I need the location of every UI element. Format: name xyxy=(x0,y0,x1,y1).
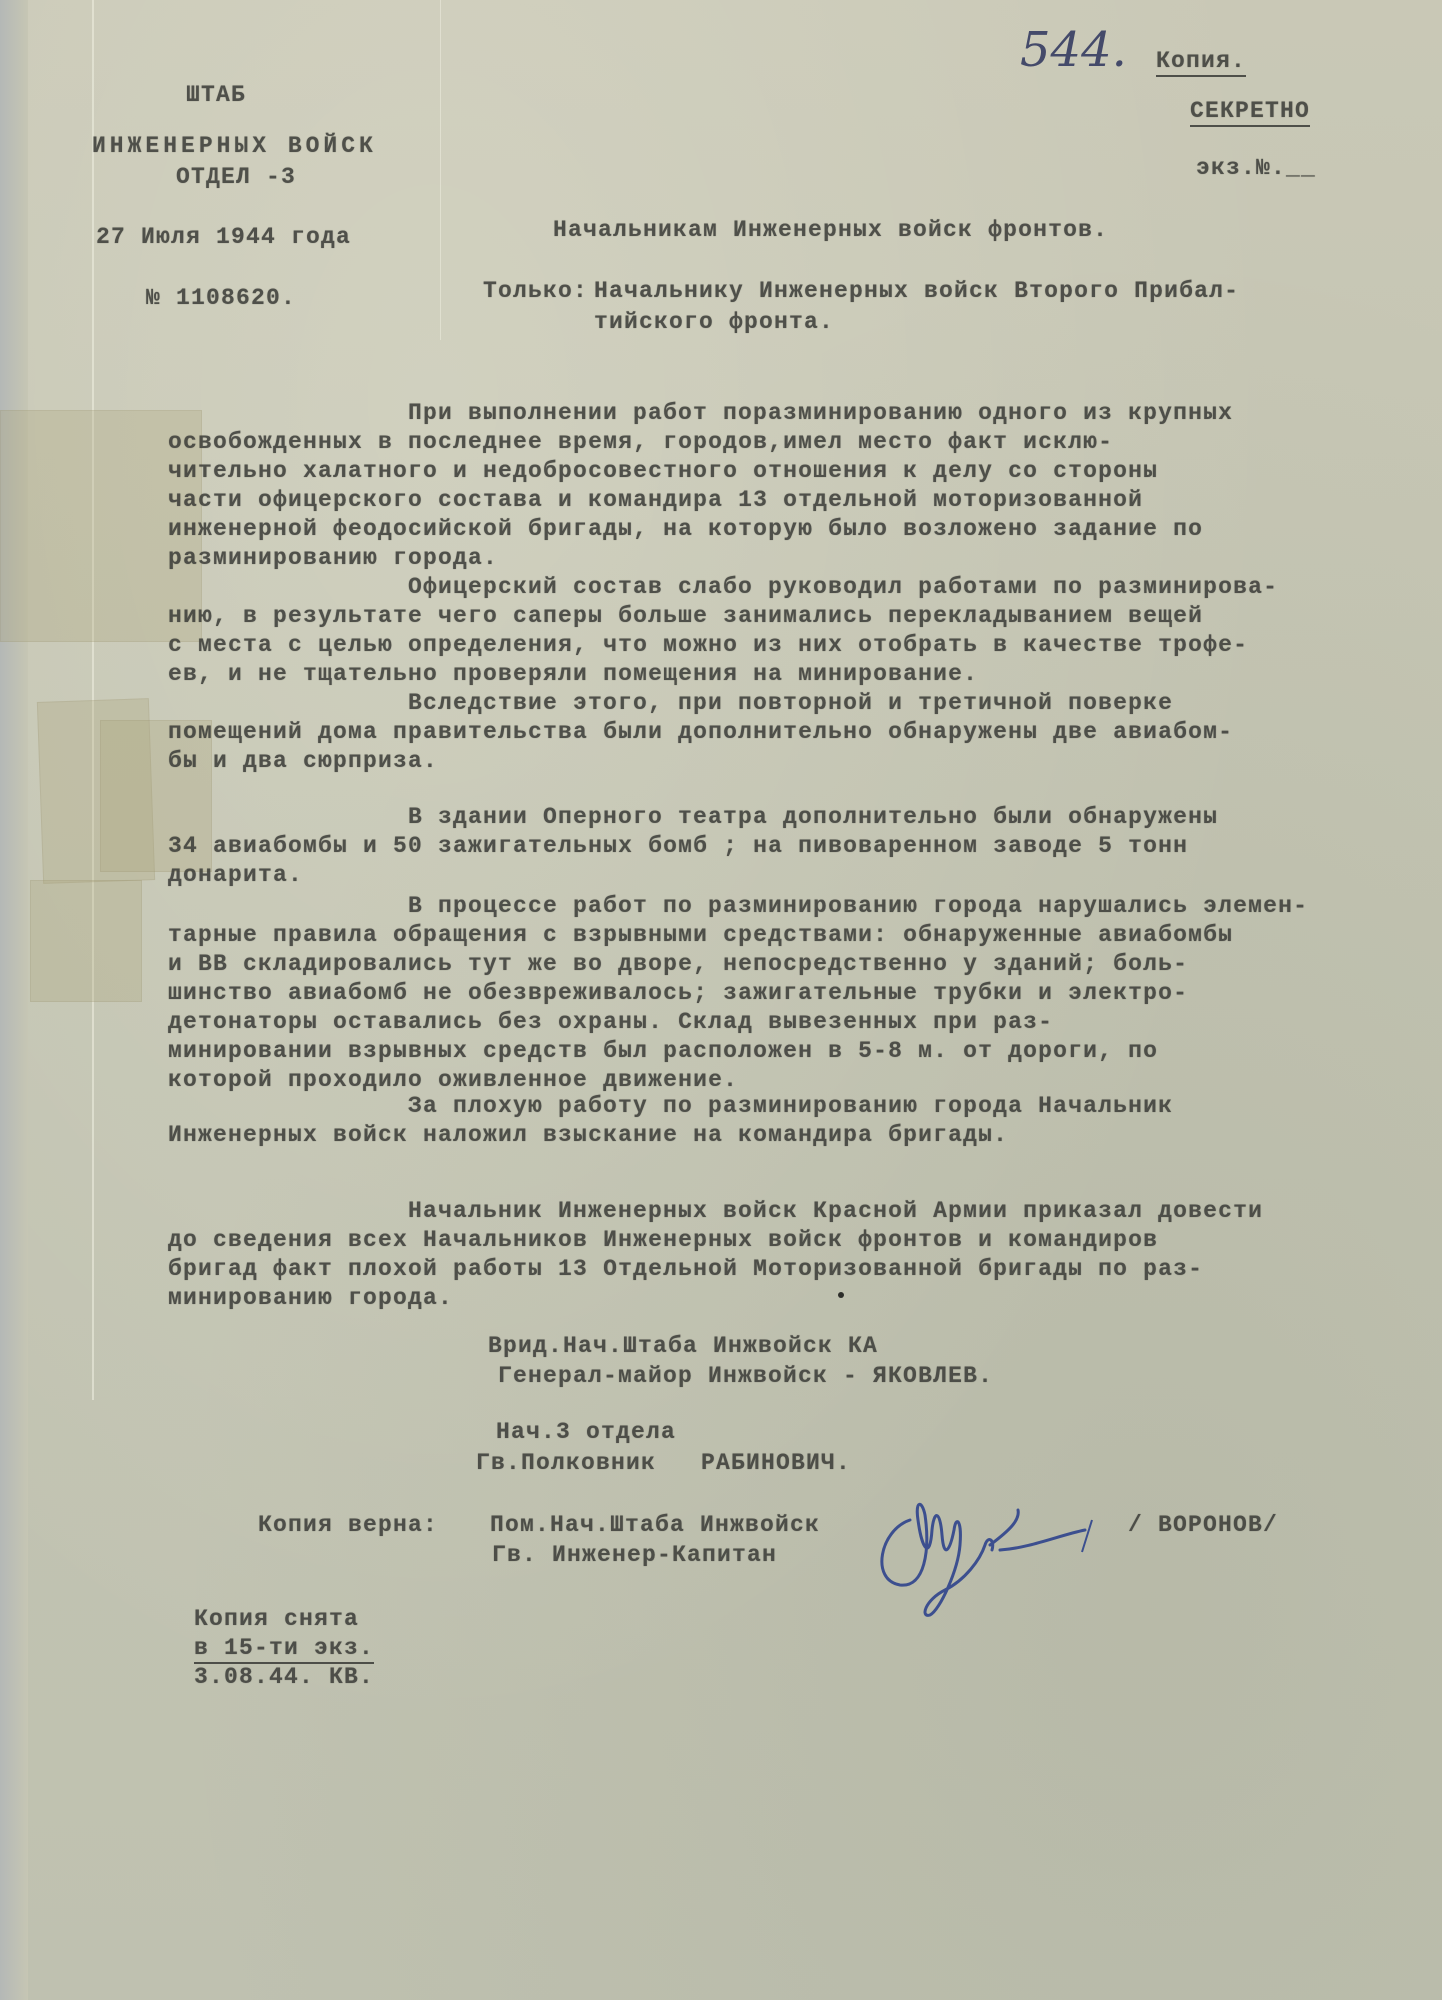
body-line: минировании взрывных средств был располо… xyxy=(168,1038,1158,1064)
body-line: и ВВ складировались тут же во дворе, неп… xyxy=(168,951,1188,977)
body-line: инженерной феодосийской бригады, на кото… xyxy=(168,516,1203,542)
body-line-row: шинство авиабомб не обезвреживалось; заж… xyxy=(168,980,1428,1009)
body-line-row: Начальник Инженерных войск Красной Армии… xyxy=(168,1198,1428,1227)
body-line: минированию города. xyxy=(168,1285,453,1311)
body-line: нию, в результате чего саперы больше зан… xyxy=(168,603,1203,629)
document-date: 27 Июля 1944 года xyxy=(96,224,351,250)
body-line: В здании Оперного театра дополнительно б… xyxy=(408,804,1218,830)
body-line-row: минировании взрывных средств был располо… xyxy=(168,1038,1428,1067)
body-line-row: помещений дома правительства были дополн… xyxy=(168,719,1428,748)
body-line: При выполнении работ поразминированию од… xyxy=(408,400,1233,426)
body-line: донарита. xyxy=(168,862,303,888)
body-line: до сведения всех Начальников Инженерных … xyxy=(168,1227,1158,1253)
body-paragraph: В процессе работ по разминированию город… xyxy=(168,893,1428,1096)
body-paragraph: Офицерский состав слабо руководил работа… xyxy=(168,574,1428,690)
copy-label: Копия. xyxy=(1156,48,1246,77)
secret-classification: СЕКРЕТНО xyxy=(1190,98,1310,127)
org-headquarters: ШТАБ xyxy=(186,82,246,108)
copy-certified-label: Копия верна: xyxy=(258,1512,438,1538)
body-line-row: детонаторы оставались без охраны. Склад … xyxy=(168,1009,1428,1038)
body-paragraph: За плохую работу по разминированию город… xyxy=(168,1093,1428,1151)
body-line-row: освобожденных в последнее время, городов… xyxy=(168,429,1428,458)
body-line: разминированию города. xyxy=(168,545,498,571)
body-line-row: части офицерского состава и командира 13… xyxy=(168,487,1428,516)
document-number: № 1108620. xyxy=(146,285,296,311)
body-line: детонаторы оставались без охраны. Склад … xyxy=(168,1009,1053,1035)
body-line-row: с места с целью определения, что можно и… xyxy=(168,632,1428,661)
body-line-row: донарита. xyxy=(168,862,1428,891)
addressee-only-label: Только: xyxy=(483,278,588,304)
body-line-row: минированию города. xyxy=(168,1285,1428,1314)
body-line-row: бы и два сюрприза. xyxy=(168,748,1428,777)
body-line-row: Офицерский состав слабо руководил работа… xyxy=(168,574,1428,603)
page-edge xyxy=(0,0,28,2000)
body-line-row: разминированию города. xyxy=(168,545,1428,574)
addressee-main: Начальникам Инженерных войск фронтов. xyxy=(553,217,1108,243)
body-line: бы и два сюрприза. xyxy=(168,748,438,774)
org-engineering-troops: ИНЖЕНЕРНЫХ ВОЙСК xyxy=(92,133,377,159)
body-line: Начальник Инженерных войск Красной Армии… xyxy=(408,1198,1263,1224)
handwritten-signature xyxy=(870,1490,1100,1620)
certifier-position: Пом.Нач.Штаба Инжвойск xyxy=(490,1512,820,1538)
body-line: Вследствие этого, при повторной и третич… xyxy=(408,690,1173,716)
body-line: 34 авиабомбы и 50 зажигательных бомб ; н… xyxy=(168,833,1188,859)
body-line: помещений дома правительства были дополн… xyxy=(168,719,1233,745)
body-line: В процессе работ по разминированию город… xyxy=(408,893,1308,919)
handwritten-archive-number: 544. xyxy=(1020,22,1127,78)
body-line: Офицерский состав слабо руководил работа… xyxy=(408,574,1278,600)
body-paragraph: При выполнении работ поразминированию од… xyxy=(168,400,1428,574)
body-line-row: Вследствие этого, при повторной и третич… xyxy=(168,690,1428,719)
certifier-rank: Гв. Инженер-Капитан xyxy=(492,1542,777,1568)
body-line: шинство авиабомб не обезвреживалось; заж… xyxy=(168,980,1188,1006)
body-line: с места с целью определения, что можно и… xyxy=(168,632,1248,658)
signatory-1-position: Врид.Нач.Штаба Инжвойск КА xyxy=(488,1333,878,1359)
body-line-row: ев, и не тщательно проверяли помещения н… xyxy=(168,661,1428,690)
body-line: чительно халатного и недобросовестного о… xyxy=(168,458,1158,484)
repair-tape xyxy=(30,880,142,1002)
body-paragraph: Начальник Инженерных войск Красной Армии… xyxy=(168,1198,1428,1314)
body-line: части офицерского состава и командира 13… xyxy=(168,487,1143,513)
body-line-row: до сведения всех Начальников Инженерных … xyxy=(168,1227,1428,1256)
body-line-row: нию, в результате чего саперы больше зан… xyxy=(168,603,1428,632)
copies-count: в 15-ти экз. xyxy=(194,1635,374,1664)
body-line: освобожденных в последнее время, городов… xyxy=(168,429,1113,455)
body-line: Инженерных войск наложил взыскание на ко… xyxy=(168,1122,1008,1148)
addressee-only-line: тийского фронта. xyxy=(594,309,834,335)
certifier-name: / ВОРОНОВ/ xyxy=(1128,1512,1278,1538)
body-line: тарные правила обращения с взрывными сре… xyxy=(168,922,1233,948)
copies-note: Копия снята xyxy=(194,1606,359,1632)
body-line-row: тарные правила обращения с взрывными сре… xyxy=(168,922,1428,951)
body-line: которой проходило оживленное движение. xyxy=(168,1067,738,1093)
copies-date: 3.08.44. КВ. xyxy=(194,1664,374,1690)
body-line-row: чительно халатного и недобросовестного о… xyxy=(168,458,1428,487)
signatory-2-rank-name: Гв.Полковник РАБИНОВИЧ. xyxy=(476,1450,851,1476)
body-line: За плохую работу по разминированию город… xyxy=(408,1093,1173,1119)
fold-crease xyxy=(440,0,441,340)
body-line-row: бригад факт плохой работы 13 Отдельной М… xyxy=(168,1256,1428,1285)
body-paragraph: В здании Оперного театра дополнительно б… xyxy=(168,804,1428,891)
ink-dot xyxy=(838,1292,844,1298)
body-line-row: При выполнении работ поразминированию од… xyxy=(168,400,1428,429)
document-page: ШТАБ ИНЖЕНЕРНЫХ ВОЙСК ОТДЕЛ -3 27 Июля 1… xyxy=(0,0,1442,2000)
body-line-row: В здании Оперного театра дополнительно б… xyxy=(168,804,1428,833)
signatory-2-position: Нач.3 отдела xyxy=(496,1419,676,1445)
body-line-row: В процессе работ по разминированию город… xyxy=(168,893,1428,922)
body-line-row: Инженерных войск наложил взыскание на ко… xyxy=(168,1122,1428,1151)
body-line-row: которой проходило оживленное движение. xyxy=(168,1067,1428,1096)
body-line-row: и ВВ складировались тут же во дворе, неп… xyxy=(168,951,1428,980)
org-department: ОТДЕЛ -3 xyxy=(176,164,296,190)
signatory-1-rank-name: Генерал-майор Инжвойск - ЯКОВЛЕВ. xyxy=(498,1363,993,1389)
addressee-only-line: Начальнику Инженерных войск Второго Приб… xyxy=(594,278,1239,304)
copy-number-field: экз.№.__ xyxy=(1196,155,1316,181)
body-line-row: 34 авиабомбы и 50 зажигательных бомб ; н… xyxy=(168,833,1428,862)
body-line: ев, и не тщательно проверяли помещения н… xyxy=(168,661,978,687)
body-paragraph: Вследствие этого, при повторной и третич… xyxy=(168,690,1428,777)
body-line-row: инженерной феодосийской бригады, на кото… xyxy=(168,516,1428,545)
body-line-row: За плохую работу по разминированию город… xyxy=(168,1093,1428,1122)
body-line: бригад факт плохой работы 13 Отдельной М… xyxy=(168,1256,1203,1282)
